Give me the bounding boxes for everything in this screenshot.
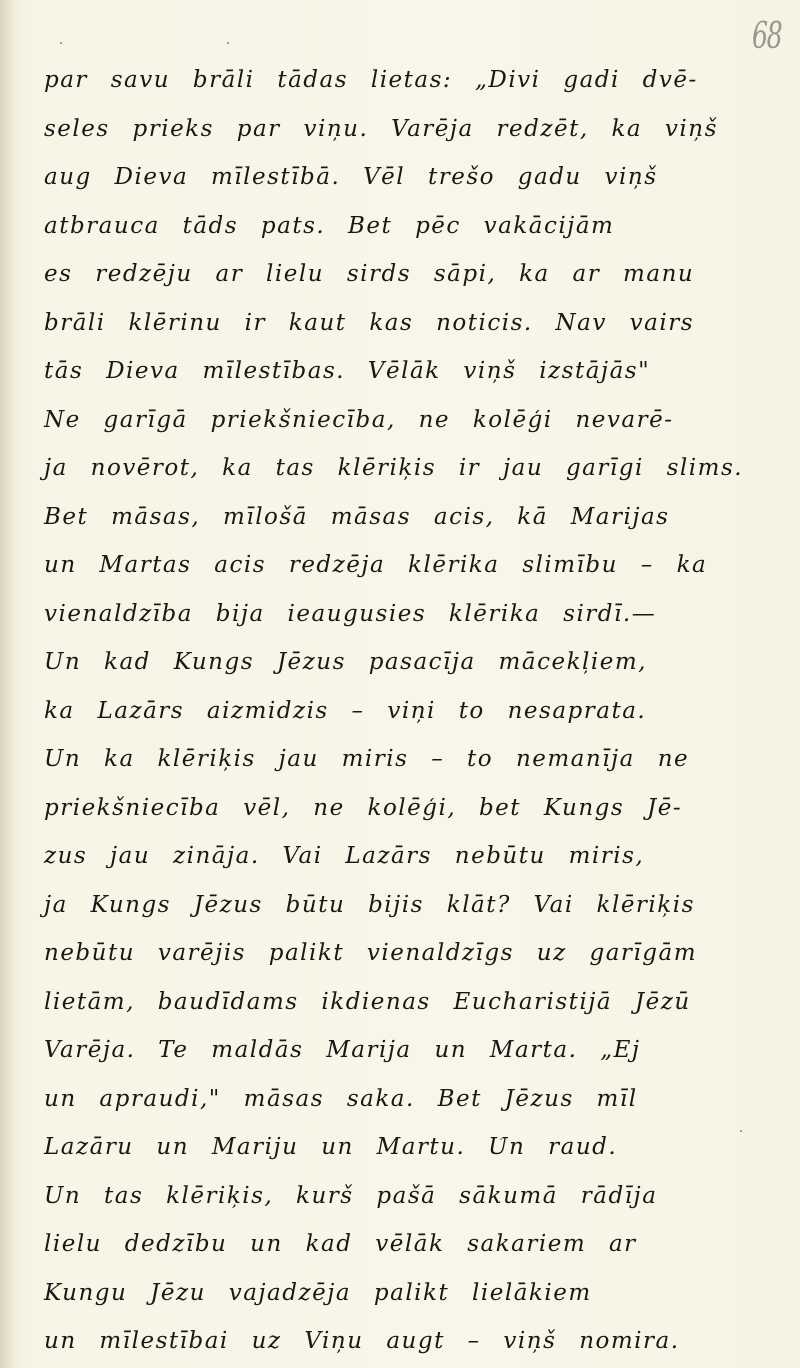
text-line: un Martas acis redzēja klērika slimību –… (44, 541, 734, 590)
text-line: zus jau zināja. Vai Lazārs nebūtu miris, (44, 832, 734, 881)
text-line: lielu dedzību un kad vēlāk sakariem ar (44, 1220, 734, 1269)
text-line: nebūtu varējis palikt vienaldzīgs uz gar… (44, 929, 734, 978)
text-line: vienaldzība bija ieaugusies klērika sird… (44, 590, 734, 639)
paper-speck (740, 1130, 742, 1132)
text-line: seles prieks par viņu. Varēja redzēt, ka… (44, 105, 734, 154)
text-line: brāli klērinu ir kaut kas noticis. Nav v… (44, 299, 734, 348)
text-line: ja Kungs Jēzus būtu bijis klāt? Vai klēr… (44, 881, 734, 930)
text-line: Un ka klēriķis jau miris – to nemanīja n… (44, 735, 734, 784)
manuscript-page: 68 par savu brāli tādas lietas: „Divi ga… (0, 0, 800, 1368)
text-line: Ne garīgā priekšniecība, ne kolēģi nevar… (44, 396, 734, 445)
text-line: Lazāru un Mariju un Martu. Un raud. (44, 1123, 734, 1172)
text-line: Kungu Jēzu vajadzēja palikt lielākiem (44, 1269, 734, 1318)
text-line: atbrauca tāds pats. Bet pēc vakācijām (44, 202, 734, 251)
text-line: par savu brāli tādas lietas: „Divi gadi … (44, 56, 734, 105)
paper-speck (227, 42, 229, 44)
text-line: ja novērot, ka tas klēriķis ir jau garīg… (44, 444, 734, 493)
handwritten-text-body: par savu brāli tādas lietas: „Divi gadi … (44, 56, 734, 1366)
binding-shadow (0, 0, 18, 1368)
page-number: 68 (752, 16, 781, 57)
text-line: Varēja. Te maldās Marija un Marta. „Ej (44, 1026, 734, 1075)
text-line: aug Dieva mīlestībā. Vēl trešo gadu viņš (44, 153, 734, 202)
text-line: priekšniecība vēl, ne kolēģi, bet Kungs … (44, 784, 734, 833)
text-line: ka Lazārs aizmidzis – viņi to nesaprata. (44, 687, 734, 736)
text-line: Un kad Kungs Jēzus pasacīja mācekļiem, (44, 638, 734, 687)
paper-speck (60, 42, 62, 44)
text-line: Un tas klēriķis, kurš pašā sākumā rādīja (44, 1172, 734, 1221)
text-line: un apraudi," māsas saka. Bet Jēzus mīl (44, 1075, 734, 1124)
text-line: lietām, baudīdams ikdienas Eucharistijā … (44, 978, 734, 1027)
text-line: un mīlestībai uz Viņu augt – viņš nomira… (44, 1317, 734, 1366)
text-line: tās Dieva mīlestības. Vēlāk viņš izstājā… (44, 347, 734, 396)
text-line: es redzēju ar lielu sirds sāpi, ka ar ma… (44, 250, 734, 299)
text-line: Bet māsas, mīlošā māsas acis, kā Marijas (44, 493, 734, 542)
